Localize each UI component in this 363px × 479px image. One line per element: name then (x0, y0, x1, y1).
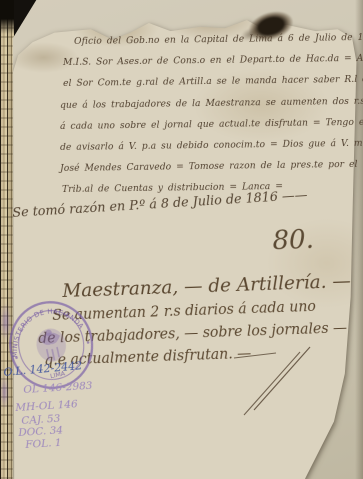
folio-number: 80. (272, 225, 314, 256)
scanned-document-page: Oficio del Gob.no en la Capital de Lima … (0, 0, 363, 479)
stamp-fragment (0, 302, 11, 342)
pencil-annotation: FOL. 1 (25, 437, 62, 451)
stamp-fragment (0, 374, 9, 410)
stamp-emblem (33, 326, 69, 365)
double-slash-mark (232, 338, 327, 423)
